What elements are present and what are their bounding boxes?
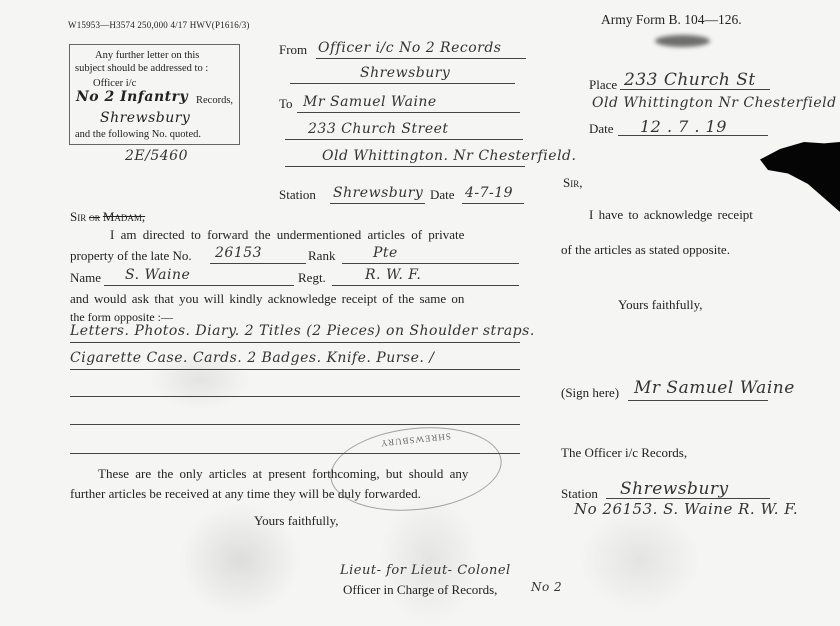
to-value-2: 233 Church Street — [308, 121, 449, 137]
address-box-footer: and the following No. quoted. — [75, 129, 201, 140]
articles-line1: Letters. Photos. Diary. 2 Titles (2 Piec… — [70, 323, 535, 339]
salutation: Sir or Madam, — [70, 209, 145, 225]
receipt-salutation: Sir, — [563, 175, 582, 191]
address-box-line1: Any further letter on this — [95, 50, 199, 61]
number-line — [210, 263, 306, 264]
officer-suffix: No 2 — [531, 580, 562, 594]
articles-rule-1 — [70, 342, 520, 343]
property-label: property of the late No. — [70, 248, 192, 264]
sign-here-label: (Sign here) — [561, 385, 619, 401]
address-box-line2: subject should be addressed to : — [75, 63, 208, 74]
receipt-addressee: The Officer i/c Records, — [561, 445, 687, 461]
receipt-station-line — [606, 498, 770, 499]
regt-label: Regt. — [298, 270, 326, 286]
articles-line2: Cigarette Case. Cards. 2 Badges. Knife. … — [70, 350, 435, 366]
salutation-sir: Sir — [70, 209, 86, 224]
articles-rule-3 — [70, 396, 520, 397]
document-page: W15953—H3574 250,000 4/17 HWV(P1616/3) A… — [0, 0, 840, 626]
stamp-text: SHREWSBURY — [380, 431, 452, 448]
officer-unit-handwritten: No 2 Infantry — [76, 89, 188, 105]
receipt-closing: Yours faithfully, — [618, 297, 703, 313]
to-line-1 — [297, 112, 520, 113]
receipt-ack-line2: of the articles as stated opposite. — [561, 242, 730, 258]
from-value-1: Officer i/c No 2 Records — [318, 40, 502, 56]
name-value: S. Waine — [125, 267, 190, 283]
date-label: Date — [430, 187, 455, 203]
salutation-or: or — [89, 210, 100, 224]
from-value-2: Shrewsbury — [360, 65, 450, 81]
receipt-station-value: Shrewsbury — [620, 479, 729, 499]
army-form-number: Army Form B. 104—126. — [601, 12, 742, 28]
officer-title: Officer in Charge of Records, — [343, 582, 497, 598]
rank-line — [342, 263, 519, 264]
officer-signature: Lieut- for Lieut- Colonel — [340, 563, 511, 578]
para2-line1: These are the only articles at present f… — [98, 466, 468, 482]
articles-rule-2 — [70, 369, 520, 370]
form-print-reference: W15953—H3574 250,000 4/17 HWV(P1616/3) — [68, 20, 250, 30]
name-label: Name — [70, 270, 101, 286]
para2-line2: further articles be received at any time… — [70, 486, 421, 502]
receiver-signature: Mr Samuel Waine — [634, 378, 795, 398]
regt-value: R. W. F. — [365, 267, 421, 283]
reference-number: 2E/5460 — [125, 148, 188, 164]
station-label: Station — [279, 187, 316, 203]
receipt-place-line — [620, 89, 770, 90]
receipt-soldier-note: No 26153. S. Waine R. W. F. — [574, 500, 798, 518]
to-line-3 — [285, 166, 525, 167]
salutation-madam: Madam, — [103, 209, 145, 224]
receipt-place-value-2: Old Whittington Nr Chesterfield — [592, 95, 837, 111]
receipt-date-line — [618, 135, 768, 136]
officer-label: Officer i/c — [93, 78, 136, 89]
place-handwritten: Shrewsbury — [100, 110, 190, 126]
rank-label: Rank — [308, 248, 335, 264]
letter-closing: Yours faithfully, — [254, 513, 339, 529]
sign-line — [628, 400, 768, 401]
name-line — [104, 285, 294, 286]
ink-smudge — [655, 35, 710, 47]
para1-line1: I am directed to forward the undermentio… — [110, 227, 464, 243]
station-line — [330, 203, 425, 204]
to-value-3: Old Whittington. Nr Chesterfield. — [322, 148, 576, 164]
soldier-number-value: 26153 — [215, 245, 262, 261]
station-value: Shrewsbury — [333, 185, 423, 201]
ink-blot — [760, 142, 840, 212]
records-label: Records, — [196, 95, 233, 106]
from-line-1 — [316, 58, 526, 59]
from-line-2 — [290, 83, 515, 84]
to-line-2 — [285, 139, 523, 140]
to-value-1: Mr Samuel Waine — [303, 94, 437, 110]
date-value: 4-7-19 — [465, 185, 513, 201]
receipt-date-label: Date — [589, 121, 614, 137]
articles-rule-4 — [70, 424, 520, 425]
receipt-place-label: Place — [589, 77, 617, 93]
receipt-ack-line1: I have to acknowledge receipt — [589, 207, 753, 223]
address-box: Any further letter on this subject shoul… — [69, 44, 240, 145]
receipt-place-value-1: 233 Church St — [624, 70, 756, 90]
from-label: From — [279, 42, 307, 58]
regt-line — [332, 285, 519, 286]
date-line — [462, 203, 524, 204]
to-label: To — [279, 96, 293, 112]
rank-value: Pte — [373, 245, 398, 261]
para1-line4: and would ask that you will kindly ackno… — [70, 291, 464, 307]
receipt-date-value: 12 . 7 . 19 — [640, 117, 727, 136]
